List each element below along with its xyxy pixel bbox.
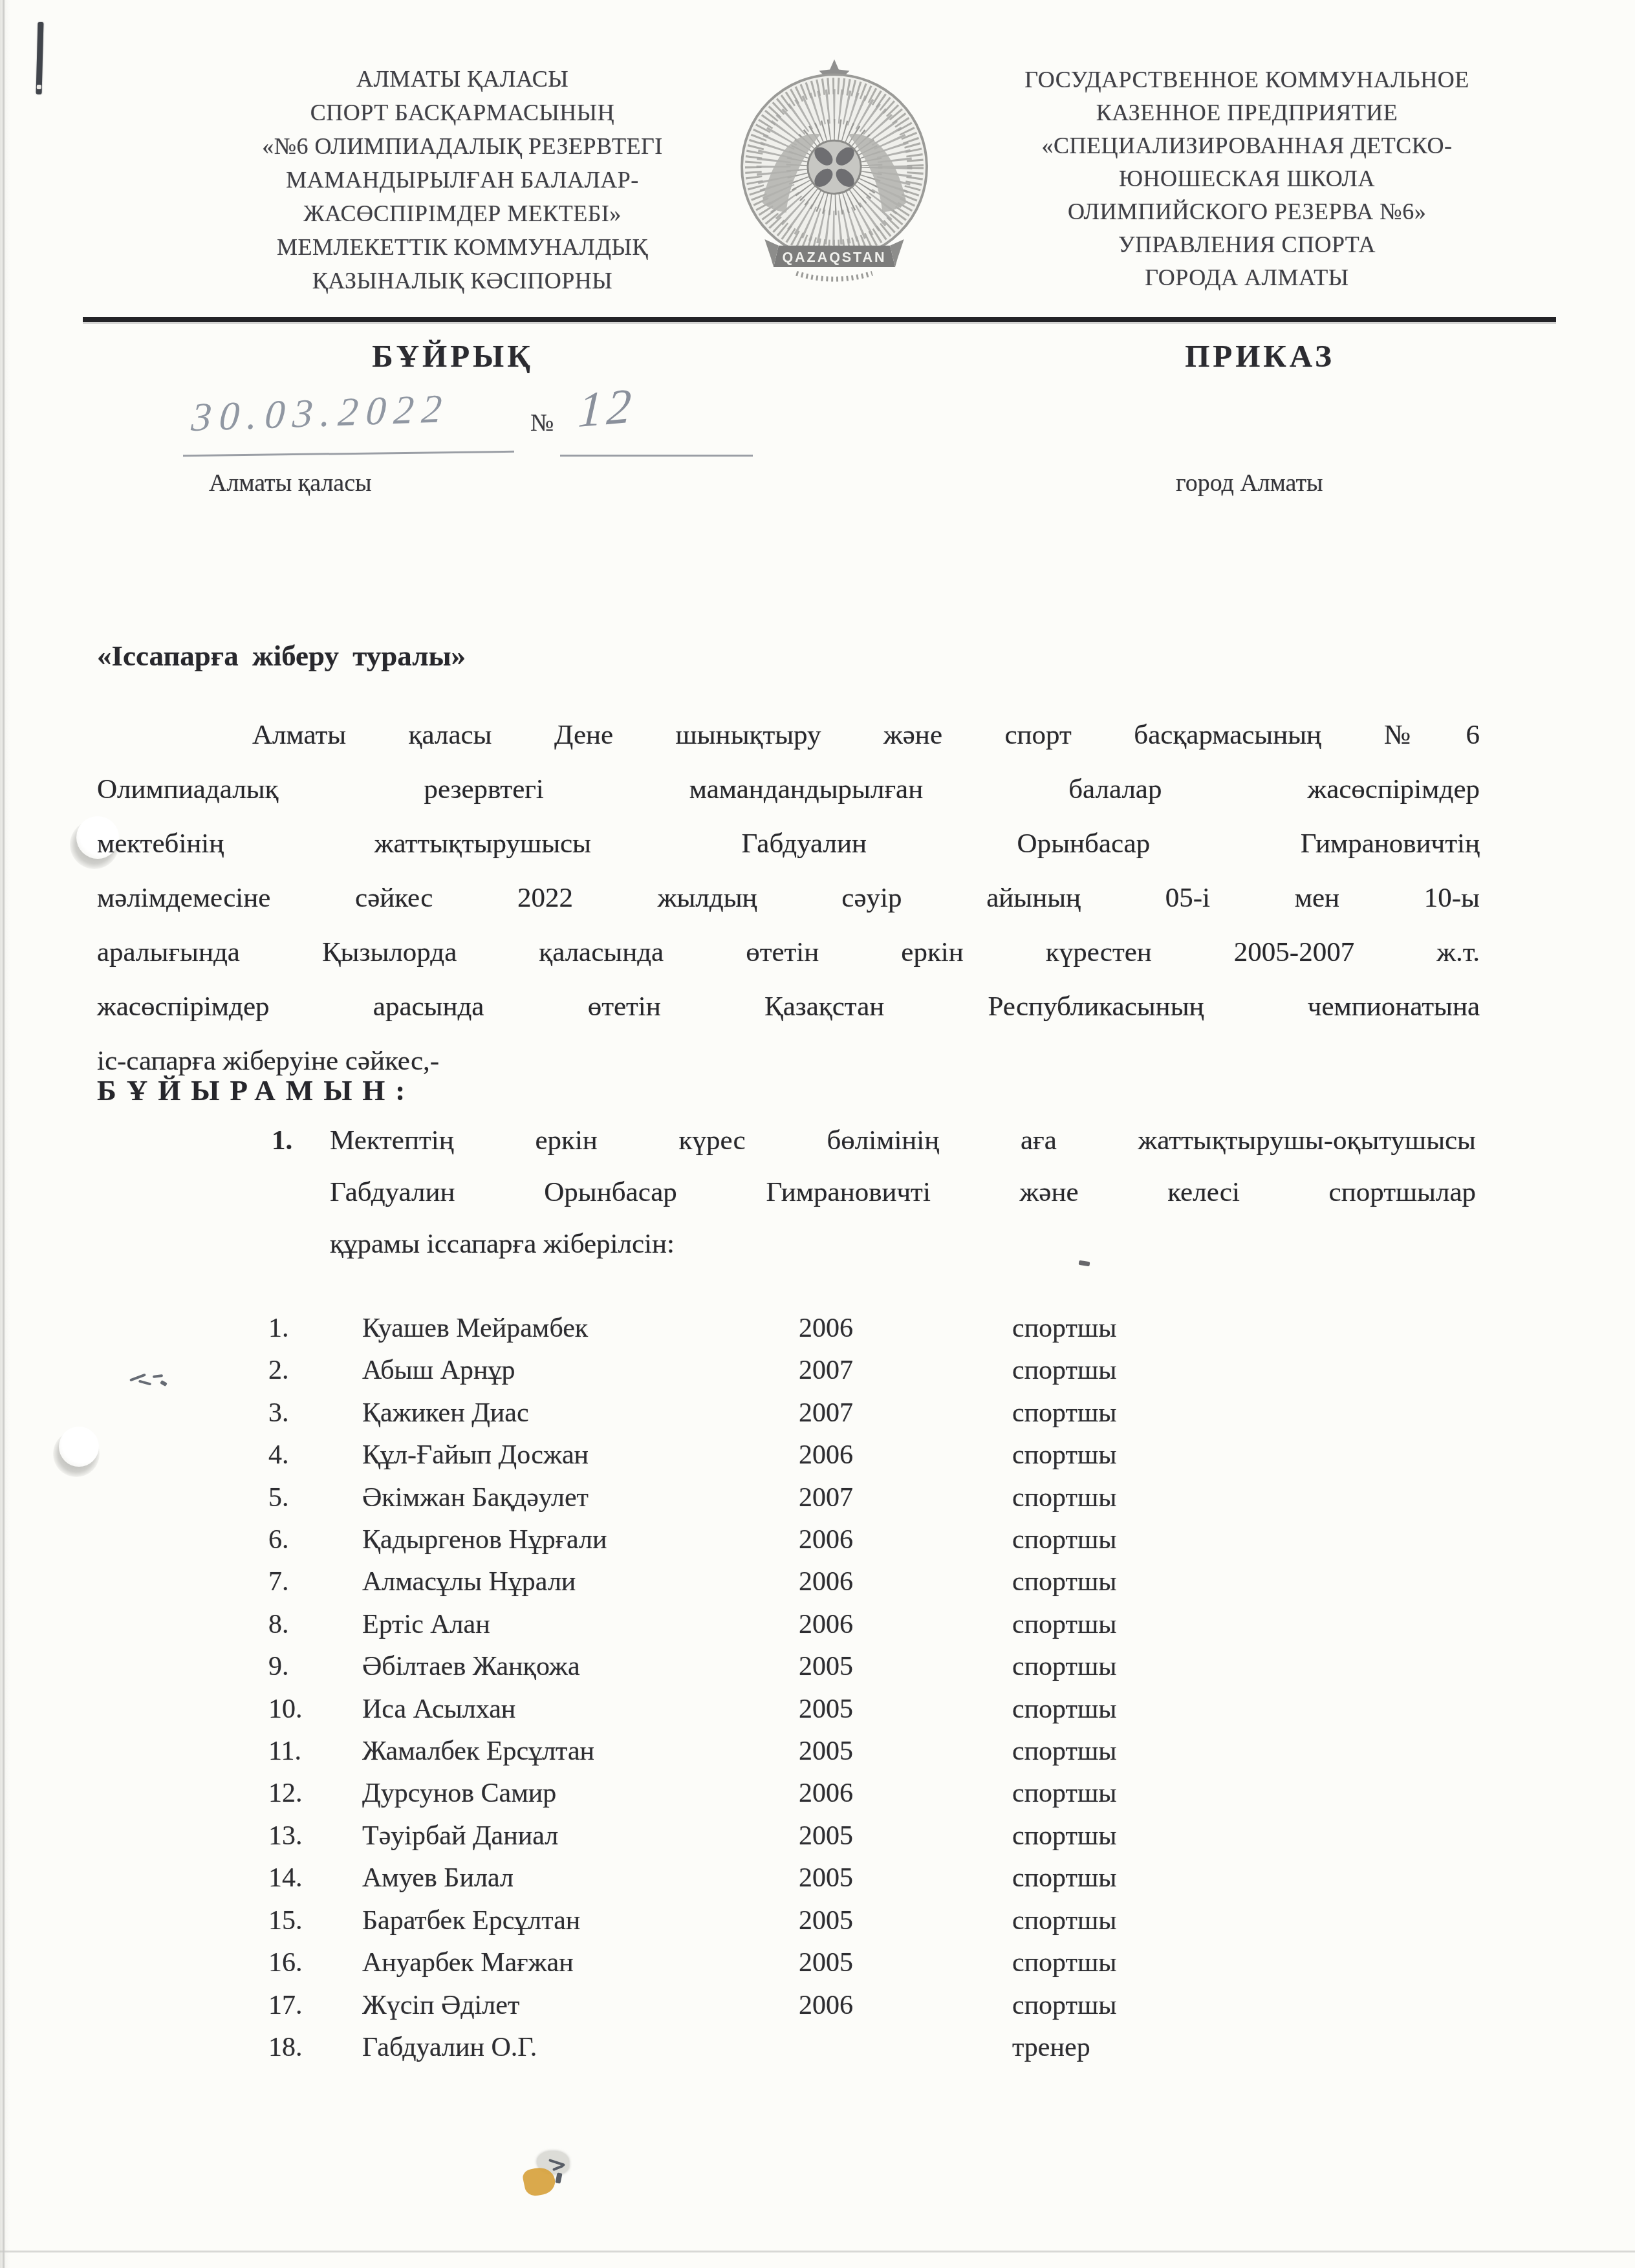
roster-role: спортшы [1012, 1477, 1381, 1519]
header-divider-rule [83, 317, 1556, 322]
paper-blemish [523, 2151, 574, 2200]
roster-row: 16. Ануарбек Мағжан 2005 спортшы [268, 1942, 1381, 1984]
roster-row: 10. Иса Асылхан 2005 спортшы [268, 1689, 1381, 1731]
roster-name: Жүсіп Әділет [362, 1985, 799, 2027]
number-underline [560, 455, 753, 457]
org-line: МАМАНДЫРЫЛҒАН БАЛАЛАР- [204, 163, 721, 197]
org-line: ГОРОДА АЛМАТЫ [939, 261, 1555, 294]
roster-name: Баратбек Ерсұлтан [362, 1900, 799, 1942]
roster-row: 4. Құл-Ғайып Досжан 2006 спортшы [268, 1434, 1381, 1476]
roster-name: Абыш Арнұр [362, 1350, 799, 1392]
roster-birth-year: 2007 [799, 1392, 1012, 1434]
roster-number: 15. [268, 1900, 362, 1942]
roster-birth-year: 2005 [799, 1689, 1012, 1731]
scan-edge-line-bottom [0, 2251, 1635, 2252]
item-line: Мектептің еркін күрес бөлімінің аға жатт… [330, 1115, 1476, 1167]
roster-number: 8. [268, 1604, 362, 1646]
roster-name: Әбілтаев Жанқожа [362, 1646, 799, 1688]
ink-scribble [128, 1370, 169, 1393]
roster-birth-year: 2005 [799, 1731, 1012, 1773]
roster-number: 16. [268, 1942, 362, 1984]
roster-number: 13. [268, 1815, 362, 1857]
roster-role: спортшы [1012, 1773, 1381, 1815]
roster-name: Габдуалин О.Г. [362, 2027, 799, 2069]
number-sign-label: № [530, 409, 554, 437]
handwritten-order-number: 12 [577, 378, 636, 439]
roster-row: 13. Тәуірбай Даниал 2005 спортшы [268, 1815, 1381, 1857]
roster-row: 14. Амуев Билал 2005 спортшы [268, 1857, 1381, 1899]
roster-number: 9. [268, 1646, 362, 1688]
roster-role: спортшы [1012, 1985, 1381, 2027]
order-title-russian: ПРИКАЗ [1118, 338, 1402, 374]
roster-role: спортшы [1012, 1434, 1381, 1476]
body-line: Алматы қаласы Дене шынықтыру және спорт … [97, 708, 1480, 762]
roster-role: спортшы [1012, 1392, 1381, 1434]
roster-birth-year: 2005 [799, 1815, 1012, 1857]
roster-role: спортшы [1012, 1519, 1381, 1561]
org-line: АЛМАТЫ ҚАЛАСЫ [204, 62, 721, 96]
roster-number: 7. [268, 1561, 362, 1603]
roster-row: 18. Габдуалин О.Г. тренер [268, 2027, 1381, 2069]
roster-number: 11. [268, 1731, 362, 1773]
roster-name: Амуев Билал [362, 1857, 799, 1899]
roster-birth-year: 2007 [799, 1350, 1012, 1392]
roster-row: 12. Дурсунов Самир 2006 спортшы [268, 1773, 1381, 1815]
order-item-1: 1. Мектептің еркін күрес бөлімінің аға ж… [272, 1115, 1476, 1270]
roster-number: 18. [268, 2027, 362, 2069]
org-line: ОЛИМПИЙСКОГО РЕЗЕРВА №6» [939, 195, 1555, 228]
roster-name: Ануарбек Мағжан [362, 1942, 799, 1984]
body-line: жасөспірімдер арасында өтетін Қазақстан … [97, 980, 1480, 1034]
place-kazakh: Алматы қаласы [209, 469, 372, 497]
roster-number: 3. [268, 1392, 362, 1434]
item-line: Габдуалин Орынбасар Гимрановичті және ке… [330, 1167, 1476, 1218]
roster-row: 8. Ертіс Алан 2006 спортшы [268, 1604, 1381, 1646]
roster-role: тренер [1012, 2027, 1381, 2069]
date-underline [183, 451, 514, 457]
roster-birth-year: 2007 [799, 1477, 1012, 1519]
roster-name: Дурсунов Самир [362, 1773, 799, 1815]
kazakhstan-coat-of-arms-icon: QAZAQSTAN [719, 56, 949, 296]
roster-name: Құл-Ғайып Досжан [362, 1434, 799, 1476]
roster-role: спортшы [1012, 1350, 1381, 1392]
roster-birth-year: 2005 [799, 1942, 1012, 1984]
roster-row: 7. Алмасұлы Нұрали 2006 спортшы [268, 1561, 1381, 1603]
staple-mark [36, 22, 44, 94]
org-line: МЕМЛЕКЕТТІК КОММУНАЛДЫҚ [204, 230, 721, 264]
org-line: «№6 ОЛИМПИАДАЛЫҚ РЕЗЕРВТЕГІ [204, 129, 721, 163]
roster-role: спортшы [1012, 1646, 1381, 1688]
roster-row: 6. Қадыргенов Нұрғали 2006 спортшы [268, 1519, 1381, 1561]
order-subject-title: «Іссапарға жіберу туралы» [97, 639, 466, 673]
roster-name: Иса Асылхан [362, 1689, 799, 1731]
roster-row: 17. Жүсіп Әділет 2006 спортшы [268, 1985, 1381, 2027]
org-line: ҚАЗЫНАЛЫҚ КӘСІПОРНЫ [204, 264, 721, 297]
punch-hole [59, 1427, 99, 1467]
roster-birth-year [799, 2027, 1012, 2069]
roster-name: Қадыргенов Нұрғали [362, 1519, 799, 1561]
org-line: СПОРТ БАСҚАРМАСЫНЫҢ [204, 96, 721, 129]
emblem-banner-text: QAZAQSTAN [782, 250, 886, 265]
org-line: ЮНОШЕСКАЯ ШКОЛА [939, 162, 1555, 195]
roster-number: 12. [268, 1773, 362, 1815]
body-line: мектебінің жаттықтырушысы Габдуалин Орын… [97, 817, 1480, 871]
roster-birth-year: 2006 [799, 1561, 1012, 1603]
roster-role: спортшы [1012, 1900, 1381, 1942]
roster-birth-year: 2005 [799, 1900, 1012, 1942]
roster-birth-year: 2006 [799, 1604, 1012, 1646]
roster-birth-year: 2006 [799, 1308, 1012, 1350]
roster-name: Әкімжан Бақдәулет [362, 1477, 799, 1519]
resolve-word: БҰЙЫРАМЫН: [97, 1074, 415, 1107]
roster-name: Қажикен Диас [362, 1392, 799, 1434]
roster-role: спортшы [1012, 1604, 1381, 1646]
roster-birth-year: 2005 [799, 1646, 1012, 1688]
roster-row: 2. Абыш Арнұр 2007 спортшы [268, 1350, 1381, 1392]
org-name-russian: ГОСУДАРСТВЕННОЕ КОММУНАЛЬНОЕ КАЗЕННОЕ ПР… [939, 63, 1555, 294]
roster-row: 1. Куашев Мейрамбек 2006 спортшы [268, 1308, 1381, 1350]
roster-number: 5. [268, 1477, 362, 1519]
body-line: мәлімдемесіне сәйкес 2022 жылдың сәуір а… [97, 871, 1480, 925]
athlete-roster: 1. Куашев Мейрамбек 2006 спортшы 2. Абыш… [268, 1308, 1381, 2069]
roster-role: спортшы [1012, 1942, 1381, 1984]
roster-name: Куашев Мейрамбек [362, 1308, 799, 1350]
roster-birth-year: 2005 [799, 1857, 1012, 1899]
roster-role: спортшы [1012, 1561, 1381, 1603]
roster-name: Тәуірбай Даниал [362, 1815, 799, 1857]
scanned-order-document: АЛМАТЫ ҚАЛАСЫ СПОРТ БАСҚАРМАСЫНЫҢ «№6 ОЛ… [0, 0, 1635, 2268]
roster-role: спортшы [1012, 1857, 1381, 1899]
roster-row: 9. Әбілтаев Жанқожа 2005 спортшы [268, 1646, 1381, 1688]
place-russian: город Алматы [1176, 469, 1323, 497]
roster-role: спортшы [1012, 1731, 1381, 1773]
roster-birth-year: 2006 [799, 1773, 1012, 1815]
org-line: ЖАСӨСПІРІМДЕР МЕКТЕБІ» [204, 197, 721, 230]
roster-row: 5. Әкімжан Бақдәулет 2007 спортшы [268, 1477, 1381, 1519]
roster-role: спортшы [1012, 1815, 1381, 1857]
roster-number: 10. [268, 1689, 362, 1731]
roster-row: 3. Қажикен Диас 2007 спортшы [268, 1392, 1381, 1434]
org-name-kazakh: АЛМАТЫ ҚАЛАСЫ СПОРТ БАСҚАРМАСЫНЫҢ «№6 ОЛ… [204, 62, 721, 297]
roster-number: 1. [268, 1308, 362, 1350]
roster-birth-year: 2006 [799, 1985, 1012, 2027]
scan-edge-shade [0, 0, 10, 2268]
handwritten-date: 30.03.2022 [190, 386, 451, 441]
order-body-paragraph: Алматы қаласы Дене шынықтыру және спорт … [97, 708, 1480, 1088]
org-line: УПРАВЛЕНИЯ СПОРТА [939, 228, 1555, 261]
org-line: ГОСУДАРСТВЕННОЕ КОММУНАЛЬНОЕ [939, 63, 1555, 96]
roster-row: 15. Баратбек Ерсұлтан 2005 спортшы [268, 1900, 1381, 1942]
roster-number: 14. [268, 1857, 362, 1899]
roster-number: 17. [268, 1985, 362, 2027]
body-line: Олимпиадалық резервтегі мамандандырылған… [97, 762, 1480, 817]
order-title-kazakh: БҰЙРЫҚ [310, 338, 595, 374]
org-line: КАЗЕННОЕ ПРЕДПРИЯТИЕ [939, 96, 1555, 129]
roster-name: Жамалбек Ерсұлтан [362, 1731, 799, 1773]
roster-role: спортшы [1012, 1689, 1381, 1731]
body-line: аралығында Қызылорда қаласында өтетін ер… [97, 925, 1480, 980]
org-line: «СПЕЦИАЛИЗИРОВАННАЯ ДЕТСКО- [939, 129, 1555, 162]
item-line: құрамы іссапарға жіберілсін: [330, 1218, 1476, 1270]
scan-edge-line-left [3, 0, 5, 2268]
item-number: 1. [272, 1115, 292, 1167]
roster-name: Ертіс Алан [362, 1604, 799, 1646]
roster-row: 11. Жамалбек Ерсұлтан 2005 спортшы [268, 1731, 1381, 1773]
roster-role: спортшы [1012, 1308, 1381, 1350]
roster-birth-year: 2006 [799, 1434, 1012, 1476]
roster-number: 4. [268, 1434, 362, 1476]
roster-number: 6. [268, 1519, 362, 1561]
roster-birth-year: 2006 [799, 1519, 1012, 1561]
roster-name: Алмасұлы Нұрали [362, 1561, 799, 1603]
roster-number: 2. [268, 1350, 362, 1392]
